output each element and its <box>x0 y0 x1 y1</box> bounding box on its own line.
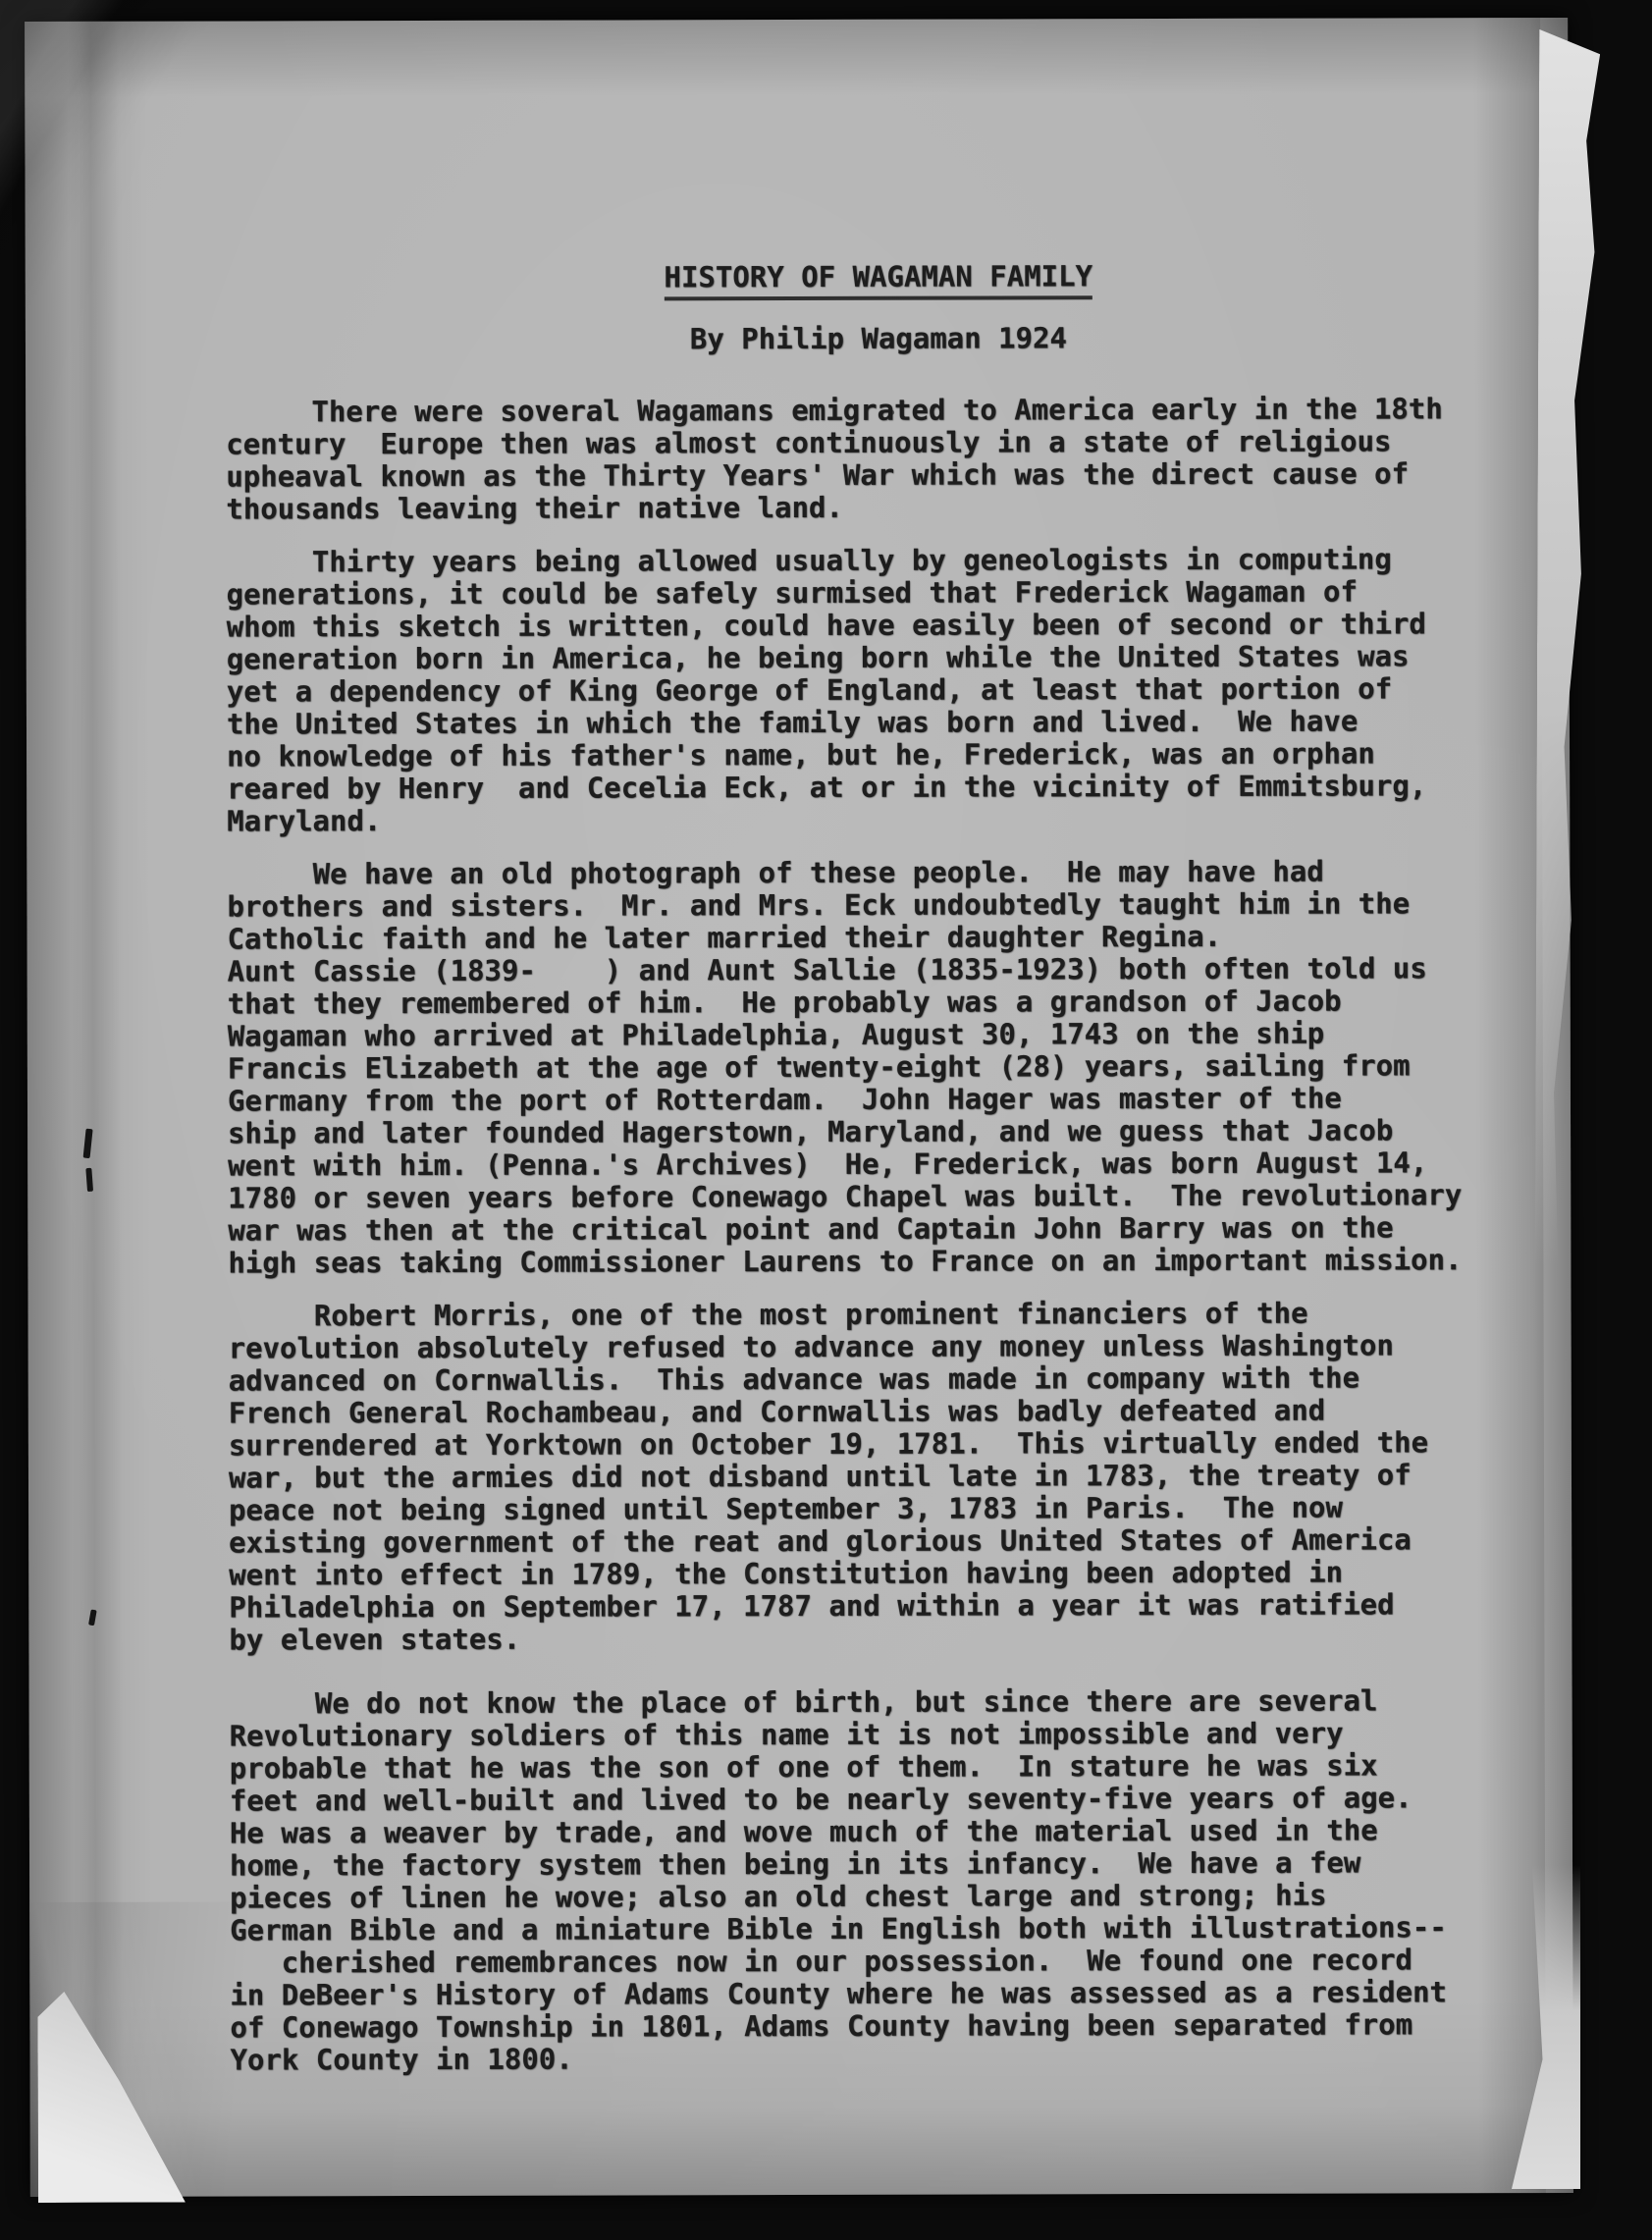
typewritten-text-column: HISTORY OF WAGAMAN FAMILY By Philip Waga… <box>226 259 1536 2097</box>
vertical-crease <box>68 22 125 2197</box>
paragraph: There were soveral Wagamans emigrated to… <box>226 393 1531 525</box>
paragraph: We have an old photograph of these peopl… <box>227 855 1533 1279</box>
byline: By Philip Wagaman 1924 <box>226 321 1531 356</box>
paragraph: Thirty years being allowed usually by ge… <box>227 543 1533 837</box>
page-title: HISTORY OF WAGAMAN FAMILY <box>664 259 1092 300</box>
document-page: HISTORY OF WAGAMAN FAMILY By Philip Waga… <box>25 18 1573 2197</box>
paragraph: Robert Morris, one of the most prominent… <box>229 1297 1535 1656</box>
scan-background: HISTORY OF WAGAMAN FAMILY By Philip Waga… <box>0 0 1652 2240</box>
title-row: HISTORY OF WAGAMAN FAMILY <box>226 259 1531 294</box>
paragraph: We do not know the place of birth, but s… <box>230 1684 1536 2076</box>
